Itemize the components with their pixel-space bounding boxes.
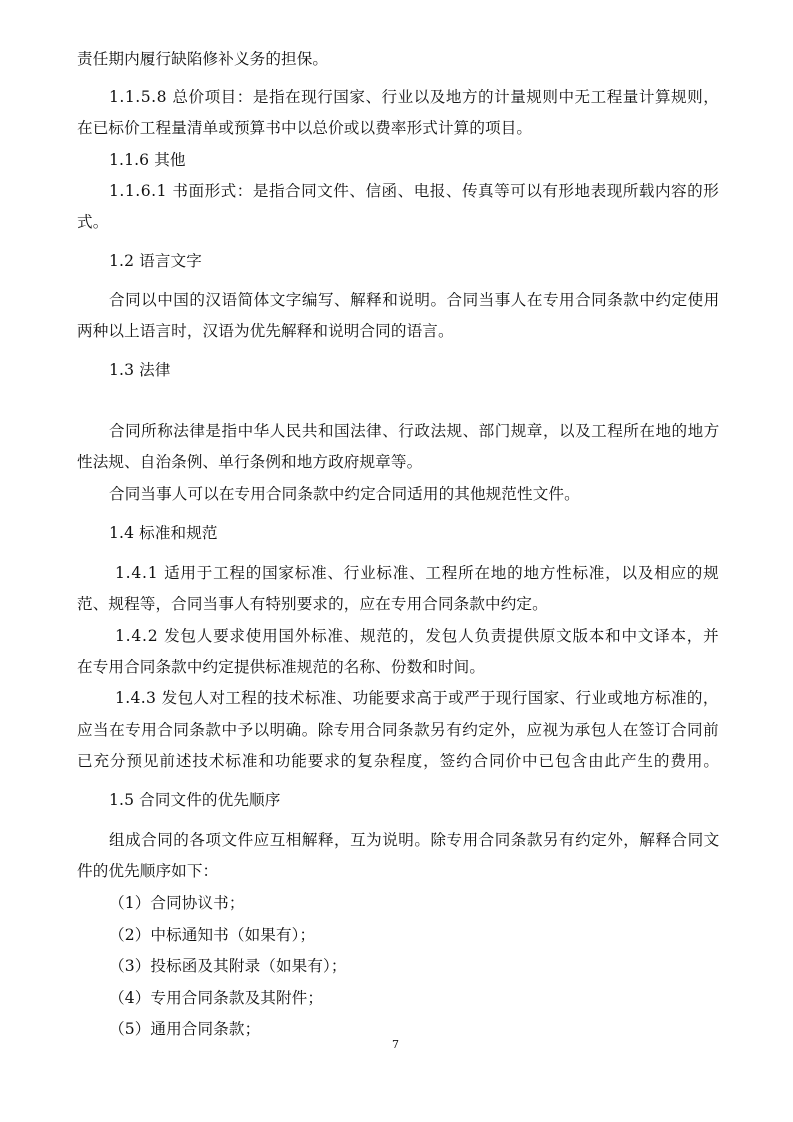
text-line: 1.4 标准和规范 bbox=[109, 523, 218, 543]
text-line: （3）投标函及其附录（如果有）； bbox=[109, 956, 347, 976]
text-line: 1.5 合同文件的优先顺序 bbox=[109, 790, 280, 810]
text-line: 1.2 语言文字 bbox=[109, 251, 202, 271]
text-line: （4）专用合同条款及其附件； bbox=[109, 988, 323, 1008]
text-line: 范、规程等，合同当事人有特别要求的，应在专用合同条款中约定。 bbox=[77, 594, 548, 614]
text-line: 合同以中国的汉语简体文字编写、解释和说明。合同当事人在专用合同条款中约定使用 bbox=[109, 290, 720, 310]
text-line: 合同当事人可以在专用合同条款中约定合同适用的其他规范性文件。 bbox=[109, 484, 580, 504]
text-line: 1.4.1 适用于工程的国家标准、行业标准、工程所在地的地方性标准，以及相应的规 bbox=[115, 563, 719, 583]
text-line: 在专用合同条款中约定提供标准规范的名称、份数和时间。 bbox=[77, 657, 485, 677]
text-line: 性法规、自治条例、单行条例和地方政府规章等。 bbox=[77, 452, 422, 472]
text-line: （1）合同协议书； bbox=[109, 893, 245, 913]
text-line: 责任期内履行缺陷修补义务的担保。 bbox=[77, 49, 328, 69]
text-line: 1.3 法律 bbox=[109, 360, 171, 380]
text-line: （2）中标通知书（如果有）； bbox=[109, 925, 315, 945]
text-line: 合同所称法律是指中华人民共和国法律、行政法规、部门规章，以及工程所在地的地方 bbox=[109, 421, 720, 441]
text-line: 1.1.6 其他 bbox=[109, 150, 186, 170]
text-line: 件的优先顺序如下： bbox=[77, 861, 218, 881]
text-line: 1.4.2 发包人要求使用国外标准、规范的，发包人负责提供原文版本和中文译本，并 bbox=[115, 626, 719, 646]
text-line: 式。 bbox=[77, 212, 108, 232]
text-line: 1.4.3 发包人对工程的技术标准、功能要求高于或严于现行国家、行业或地方标准的… bbox=[115, 688, 719, 708]
text-line: 1.1.5.8 总价项目：是指在现行国家、行业以及地方的计量规则中无工程量计算规… bbox=[109, 87, 719, 107]
page-number: 7 bbox=[392, 1038, 399, 1052]
text-line: 已充分预见前述技术标准和功能要求的复杂程度，签约合同价中已包含由此产生的费用。 bbox=[77, 751, 720, 771]
text-line: 应当在专用合同条款中予以明确。除专用合同条款另有约定外，应视为承包人在签订合同前 bbox=[77, 720, 719, 740]
text-line: 组成合同的各项文件应互相解释，互为说明。除专用合同条款另有约定外，解释合同文 bbox=[109, 830, 720, 850]
text-line: 在已标价工程量清单或预算书中以总价或以费率形式计算的项目。 bbox=[77, 118, 532, 138]
text-line: 1.1.6.1 书面形式：是指合同文件、信函、电报、传真等可以有形地表现所载内容… bbox=[109, 181, 719, 201]
text-line: 两种以上语言时，汉语为优先解释和说明合同的语言。 bbox=[77, 321, 454, 341]
text-line: （5）通用合同条款； bbox=[109, 1019, 260, 1039]
